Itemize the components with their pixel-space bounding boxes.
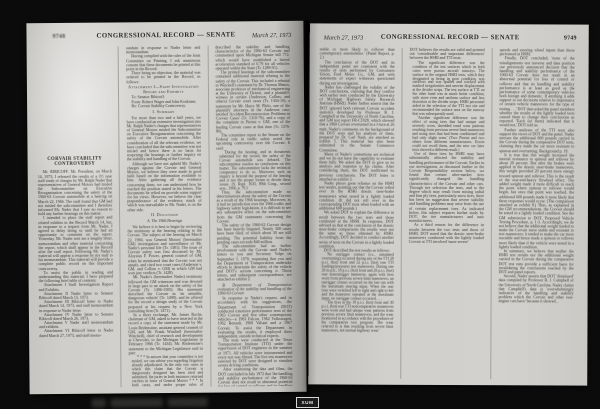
text-block: Although we have not upheld Mr. Nader's … [127,161,202,212]
text-block: I. Summary [126,109,200,114]
column-text: speeds and steering wheel inputs than th… [499,48,575,304]
text-block: II. Discussion [127,213,201,218]
text-block: In response to Nader's request, and in a… [217,296,292,339]
article-title-line2: CONTROVERSY [38,162,112,168]
text-block: 'During the hearing, and in documents su… [216,150,291,190]
text-block: The subcommittee had no further involvem… [217,244,292,282]
text-block: 'Another significant difference was the … [409,116,484,152]
left-column-1: CORVAIR STABILITY CONTROVERSY Mr. RIBICO… [37,46,121,388]
text-block: Mr. RIBICOFF. Mr. President, on March 14… [38,170,113,217]
text-block: The printed hearings of the subcommittee… [215,70,290,133]
blank-region [37,46,112,157]
right-page-columns: stable or more likely to rollover than c… [318,47,581,379]
text-block: DOT believes the results are valid and p… [410,48,485,61]
text-block: The safety of the 1960-63 Corvair design… [217,223,292,245]
text-block: 'The significant difference was the cond… [409,60,484,116]
column-text: stable or more likely to rollover than c… [318,47,394,332]
text-block: In a short exchange, Mr. James Roche, ch… [128,313,203,356]
right-column-2: DOT believes the results are valid and p… [400,48,491,379]
text-block: Nader places great reliance on the HSRI … [319,181,394,211]
text-block: We believe it is best to begin by review… [127,225,202,276]
column-text: randum in response to Nader letter and m… [126,46,204,388]
text-block: Further analyses of the TTI tests also s… [499,128,574,153]
record-title: CONGRESSIONAL RECORD — SENATE [320,33,581,41]
left-column-2: randum in response to Nader letter and m… [118,46,210,388]
right-page-header: March 27, 1973 CONGRESSIONAL RECORD — SE… [320,33,581,44]
text-block: In summary, we believe that neither the … [499,249,574,274]
text-block: 'No outrigger contact (i.e., simulated o… [319,253,394,301]
text-block: 'The tires in the 18 p.s.i. (hot) front … [318,300,393,332]
scanned-record-spread: { "left_page": { "page_number": "9748", … [0,0,600,409]
text-block: Second, Nader asserts that DOT 'dismisse… [499,274,574,304]
text-block: Mr. Nader's (hereinafter Nader) testimon… [128,275,203,313]
column-text: Mr. RIBICOFF. Mr. President, on March 14… [38,170,114,338]
text-block: The committee report to the Senate on th… [216,133,290,150]
text-block: stable or more likely to rollover than c… [320,47,395,60]
left-column-3: described the stability and handling cha… [207,45,299,387]
watermark-smudge [92,393,242,409]
text-block: described the stability and handling cha… [215,45,290,71]
text-block: I intended to place the staff report and… [38,216,113,271]
text-block: Attachment VI Ribicoff letter to Nader d… [39,329,113,338]
left-page-columns: CORVAIR STABILITY CONTROVERSY Mr. RIBICO… [37,45,300,388]
left-page-scan: 9748 CONGRESSIONAL RECORD — SENATE March… [26,21,306,394]
text-block: Re: Corvair Stability Controversy. [126,104,200,109]
text-block: Having complied with the rules of the Jo… [126,54,200,71]
left-page-header: 9748 CONGRESSIONAL RECORD — SENATE March… [36,31,295,43]
text-block: '* * * In answer that your committee is … [129,355,204,388]
text-block: Thus, the subcommittee made no determina… [217,189,292,223]
text-block: Attachment I—Staff Investigation Report … [126,85,200,94]
text-block: As a third reason for the difference in … [409,223,484,244]
page-number: 9749 [564,36,577,42]
xum-microfilm-label: XUM [296,397,319,408]
text-block: Finally, DOT concluded, 'none of the mis… [499,57,574,129]
right-page-scan: March 27, 1973 CONGRESSIONAL RECORD — SE… [308,23,589,385]
right-column-3: speeds and steering wheel inputs than th… [490,48,581,379]
column-text: DOT believes the results are valid and p… [409,48,485,245]
text-block: The tests were conducted at the Texas Tr… [218,338,293,368]
text-block: It is true that this weight increased th… [499,153,574,250]
column-text: described the stability and handling cha… [215,45,293,387]
text-block: For more than two and a half years, we h… [127,115,202,162]
xum-label-text: XUM [301,400,313,405]
text-block: Nader has challenged the validity of the… [319,85,394,152]
text-block: The conclusion of the DOT and its indepe… [320,60,395,85]
article-title: CORVAIR STABILITY CONTROVERSY [38,156,112,167]
text-block: B. Department of Transportation evaluati… [217,283,291,296]
text-block: Many of Nader's contentions are technica… [319,152,394,182]
text-block: We asked DOT to explain the difference i… [319,211,394,249]
text-block: There being no objection, the material w… [126,71,200,84]
text-block: After examining the data and films, the … [218,367,293,386]
text-block: Use of these tires by HSRI may have subs… [409,152,484,224]
right-column-1: stable or more likely to rollover than c… [318,47,401,378]
record-date: March 27, 1973 [252,31,292,38]
